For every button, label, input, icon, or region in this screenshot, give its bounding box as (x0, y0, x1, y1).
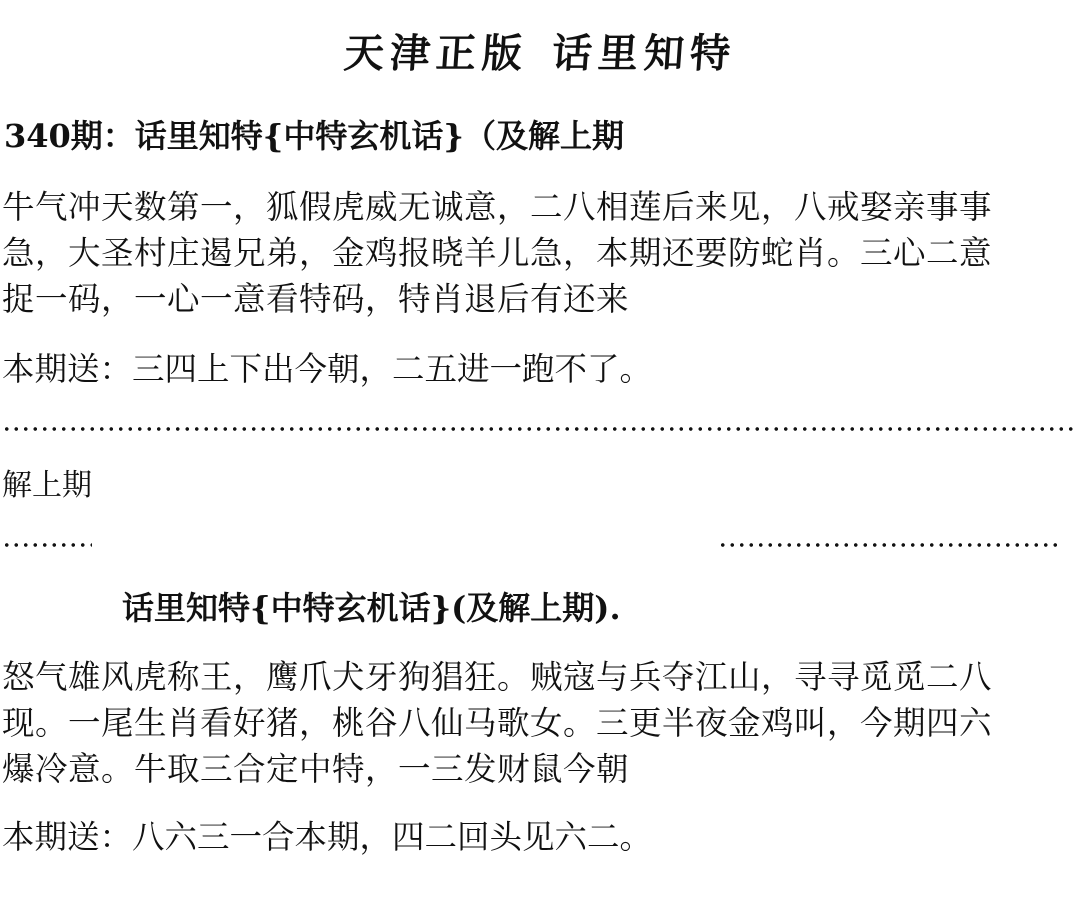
poem-line: 捉一码，一心一意看特码，特肖退后有还来 (2, 276, 1080, 322)
dotted-divider-right (718, 543, 1062, 547)
current-issue-heading: 340期：话里知特{中特玄机话}（及解上期 (4, 114, 624, 158)
current-issue-gift: 本期送：三四上下出今朝，二五进一跑不了。 (2, 346, 652, 392)
poem-line: 急，大圣村庄遏兄弟，金鸡报晓羊儿急，本期还要防蛇肖。三心二意 (2, 230, 1080, 276)
previous-issue-gift: 本期送：八六三一合本期，四二回头见六二。 (2, 814, 652, 860)
previous-issue-poem: 怒气雄风虎称王，鹰爪犬牙狗猖狂。贼寇与兵夺江山，寻寻觅觅二八 现。一尾生肖看好猪… (2, 654, 1080, 792)
poem-line: 怒气雄风虎称王，鹰爪犬牙狗猖狂。贼寇与兵夺江山，寻寻觅觅二八 (2, 654, 1080, 700)
poem-line: 牛气冲天数第一，狐假虎威无诚意，二八相莲后来见，八戒娶亲事事 (2, 184, 1080, 230)
dotted-divider-left (2, 543, 92, 547)
title-part-1: 天津正版 (342, 30, 529, 77)
dotted-divider (2, 427, 1078, 431)
previous-issue-heading: 话里知特{中特玄机话}(及解上期). (122, 586, 621, 630)
poem-line: 爆冷意。牛取三合定中特，一三发财鼠今朝 (2, 746, 1080, 792)
current-issue-poem: 牛气冲天数第一，狐假虎威无诚意，二八相莲后来见，八戒娶亲事事 急，大圣村庄遏兄弟… (2, 184, 1080, 322)
previous-answer-label: 解上期 (2, 464, 92, 508)
title-part-2: 话里知特 (550, 30, 737, 77)
poem-line: 现。一尾生肖看好猪，桃谷八仙马歌女。三更半夜金鸡叫，今期四六 (2, 700, 1080, 746)
page-title: 天津正版话里知特 (0, 28, 1080, 80)
